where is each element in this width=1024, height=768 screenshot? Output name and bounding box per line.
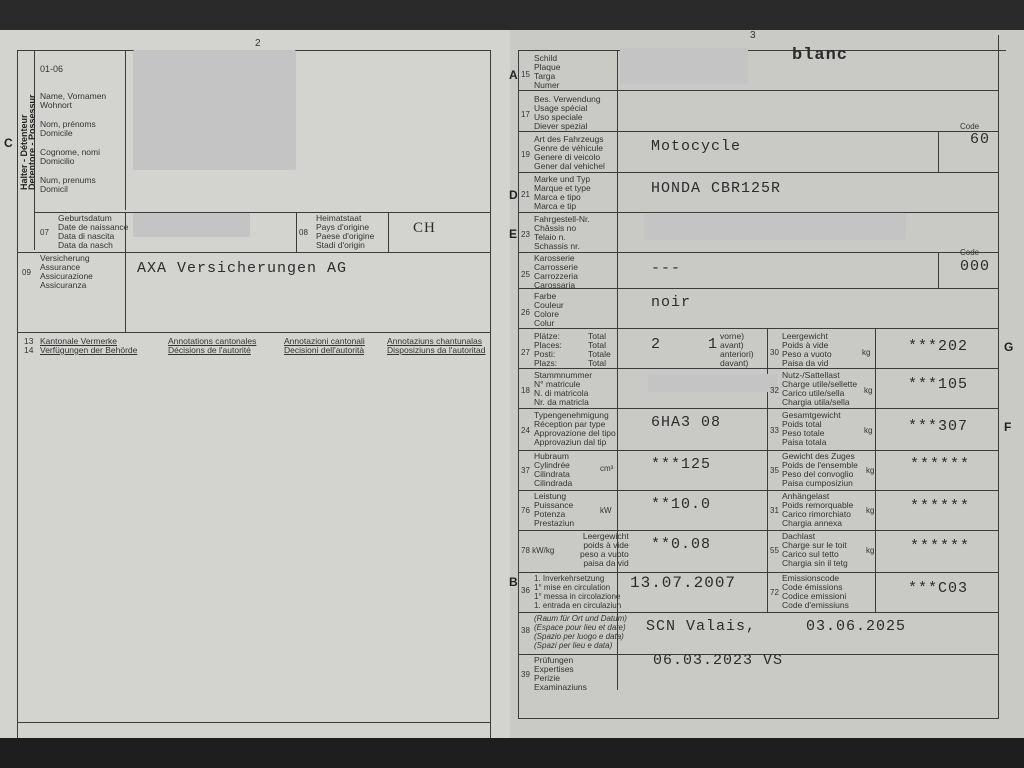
empty-weight-value: ***202 <box>908 338 968 355</box>
field-27-number: 27 <box>521 348 530 357</box>
section-letter-f: F <box>1004 420 1011 434</box>
birthdate-label: Geburtsdatum Date de naissance Data di n… <box>58 214 128 250</box>
holder-name-label-de: Name, Vornamen Wohnort <box>40 92 106 110</box>
holder-vertical-label-2: Detentore - Possessur <box>27 94 37 190</box>
field-07-number: 07 <box>40 228 49 237</box>
train-weight-value: ****** <box>910 456 970 473</box>
birthdate-redacted <box>133 213 250 237</box>
empty-weight-unit: kg <box>862 348 870 357</box>
emission-code-label: Emissionscode Code émissions Codice emis… <box>782 574 849 610</box>
field-78-number: 78 kW/kg <box>521 546 554 555</box>
power-unit: kW <box>600 506 612 515</box>
make-model-label: Marke und Typ Marque et type Marca e tip… <box>534 175 591 211</box>
section-letter-a: A <box>509 68 518 82</box>
section-letter-c: C <box>4 136 13 150</box>
insurance-value: AXA Versicherungen AG <box>137 260 347 277</box>
page-number: 3 <box>750 30 756 41</box>
left-page: 2 C Halter - Détenteur Detentore - Posse… <box>0 30 510 742</box>
field-19-number: 19 <box>521 150 530 159</box>
body-value: --- <box>651 260 681 277</box>
make-model-value: HONDA CBR125R <box>651 180 781 197</box>
chassis-redacted <box>644 214 906 240</box>
holder-name-label-it: Cognome, nomi Domicilio <box>40 148 100 166</box>
power-value: **10.0 <box>651 496 711 513</box>
special-use-label: Bes. Verwendung Usage spécial Uso specia… <box>534 95 601 131</box>
holder-name-label-fr: Nom, prénoms Domicile <box>40 120 96 138</box>
displacement-unit: cm³ <box>600 464 613 473</box>
field-01-06-number: 01-06 <box>40 65 63 74</box>
vehicle-type-label: Art des Fahrzeugs Genre de véhicule Gene… <box>534 135 605 171</box>
right-page: 3 A D E B G F 15 Schild Plaque Targa Num… <box>510 30 1024 742</box>
seats-front-label: vorne) avant) anteriori) davant) <box>720 332 754 368</box>
plate-label: Schild Plaque Targa Numer <box>534 54 560 90</box>
field-37-number: 37 <box>521 466 530 475</box>
field-39-number: 39 <box>521 670 530 679</box>
roof-load-value: ****** <box>910 538 970 555</box>
trailer-load-unit: kg <box>866 506 874 515</box>
vehicle-type-code-label: Code <box>960 122 979 131</box>
displacement-label: Hubraum Cylindrée Cilindrata Cilindrada <box>534 452 572 488</box>
field-26-number: 26 <box>521 308 530 317</box>
train-weight-unit: kg <box>866 466 874 475</box>
train-weight-label: Gewicht des Zuges Poids de l'ensemble Pe… <box>782 452 858 488</box>
payload-value: ***105 <box>908 376 968 393</box>
payload-label: Nutz-/Sattellast Charge utile/sellette C… <box>782 371 857 407</box>
page-number: 2 <box>255 38 261 49</box>
roof-load-unit: kg <box>866 546 874 555</box>
field-08-number: 08 <box>299 228 308 237</box>
registration-number-redacted <box>648 374 778 392</box>
inspections-value: 06.03.2023 VS <box>653 652 783 669</box>
holder-name-label-rm: Num, prenums Domicil <box>40 176 96 194</box>
trailer-load-value: ****** <box>910 498 970 515</box>
payload-unit: kg <box>864 386 872 395</box>
field-25-number: 25 <box>521 270 530 279</box>
seats-label: Plätze: Places: Posti: Plazs: <box>534 332 562 368</box>
background-bottom <box>0 738 1024 768</box>
type-approval-value: 6HA3 08 <box>651 414 721 431</box>
origin-value: CH <box>413 220 436 237</box>
cantonal-notes-it: Annotazioni cantonali Decisioni dell'aut… <box>284 337 365 355</box>
insurance-label: Versicherung Assurance Assicurazione Ass… <box>40 254 93 290</box>
field-18-number: 18 <box>521 386 530 395</box>
field-32-number: 32 <box>770 386 779 395</box>
field-23-number: 23 <box>521 230 530 239</box>
section-letter-b: B <box>509 575 518 589</box>
plate-redacted <box>620 48 748 84</box>
field-36-number: 36 <box>521 586 530 595</box>
vehicle-type-code: 60 <box>970 131 990 148</box>
field-31-number: 31 <box>770 506 779 515</box>
seats-front-value: 1 <box>708 336 718 353</box>
emission-code-value: ***C03 <box>908 580 968 597</box>
field-15-number: 15 <box>521 70 530 79</box>
power-label: Leistung Puissance Potenza Prestaziun <box>534 492 574 528</box>
total-weight-unit: kg <box>864 426 872 435</box>
registration-number-label: Stammnummer N° matricule N. di matricola… <box>534 371 592 407</box>
color-value: noir <box>651 294 691 311</box>
place-date-value: SCN Valais, 03.06.2025 <box>646 618 906 635</box>
field-76-number: 76 <box>521 506 530 515</box>
chassis-label: Fahrgestell-Nr. Châssis no Telaio n. Sch… <box>534 215 590 251</box>
cantonal-notes-fr: Annotations cantonales Décisions de l'au… <box>168 337 256 355</box>
type-approval-label: Typengenehmigung Réception par type Appr… <box>534 411 616 447</box>
body-label: Karosserie Carrosserie Carrozzeria Caros… <box>534 254 578 290</box>
field-72-number: 72 <box>770 588 779 597</box>
body-code: 000 <box>960 258 990 275</box>
cantonal-notes-rm: Annotaziuns chantunalas Disposiziuns da … <box>387 337 485 355</box>
cantonal-notes-de: Kantonale Vermerke Verfügungen der Behör… <box>40 337 137 355</box>
displacement-value: ***125 <box>651 456 711 473</box>
field-30-number: 30 <box>770 348 779 357</box>
field-38-number: 38 <box>521 626 530 635</box>
section-letter-e: E <box>509 227 517 241</box>
section-letter-g: G <box>1004 340 1013 354</box>
field-09-number: 09 <box>22 268 31 277</box>
field-24-number: 24 <box>521 426 530 435</box>
field-55-number: 55 <box>770 546 779 555</box>
seats-total-label: Total Total Totale Total <box>588 332 611 368</box>
power-to-weight-label: Leergewicht poids à vide peso a vuoto pa… <box>580 532 629 568</box>
color-label: Farbe Couleur Colore Colur <box>534 292 564 328</box>
inspections-label: Prüfungen Expertises Perizie Examinaziun… <box>534 656 587 692</box>
first-registration-label: 1. Inverkehrsetzung 1° mise en circulati… <box>534 574 621 610</box>
body-code-label: Code <box>960 248 979 257</box>
field-21-number: 21 <box>521 190 530 199</box>
plate-color-value: blanc <box>792 46 848 65</box>
field-17-number: 17 <box>521 110 530 119</box>
empty-weight-label: Leergewicht Poids à vide Peso a vuoto Pa… <box>782 332 832 368</box>
first-registration-value: 13.07.2007 <box>630 574 736 592</box>
background-top <box>0 0 1024 33</box>
place-date-label: (Raum für Ort und Datum) (Espace pour li… <box>534 614 627 650</box>
field-13-14-numbers: 13 14 <box>24 337 33 355</box>
origin-label: Heimatstaat Pays d'origine Paese d'origi… <box>316 214 374 250</box>
section-letter-d: D <box>509 188 518 202</box>
vehicle-type-value: Motocycle <box>651 138 741 155</box>
total-weight-value: ***307 <box>908 418 968 435</box>
trailer-load-label: Anhängelast Poids remorquable Carico rim… <box>782 492 853 528</box>
seats-total-value: 2 <box>651 336 661 353</box>
power-to-weight-value: **0.08 <box>651 536 711 553</box>
roof-load-label: Dachlast Charge sur le toit Carico sul t… <box>782 532 848 568</box>
total-weight-label: Gesamtgewicht Poids total Peso totale Pa… <box>782 411 841 447</box>
field-35-number: 35 <box>770 466 779 475</box>
field-33-number: 33 <box>770 426 779 435</box>
holder-name-redacted <box>133 50 296 170</box>
